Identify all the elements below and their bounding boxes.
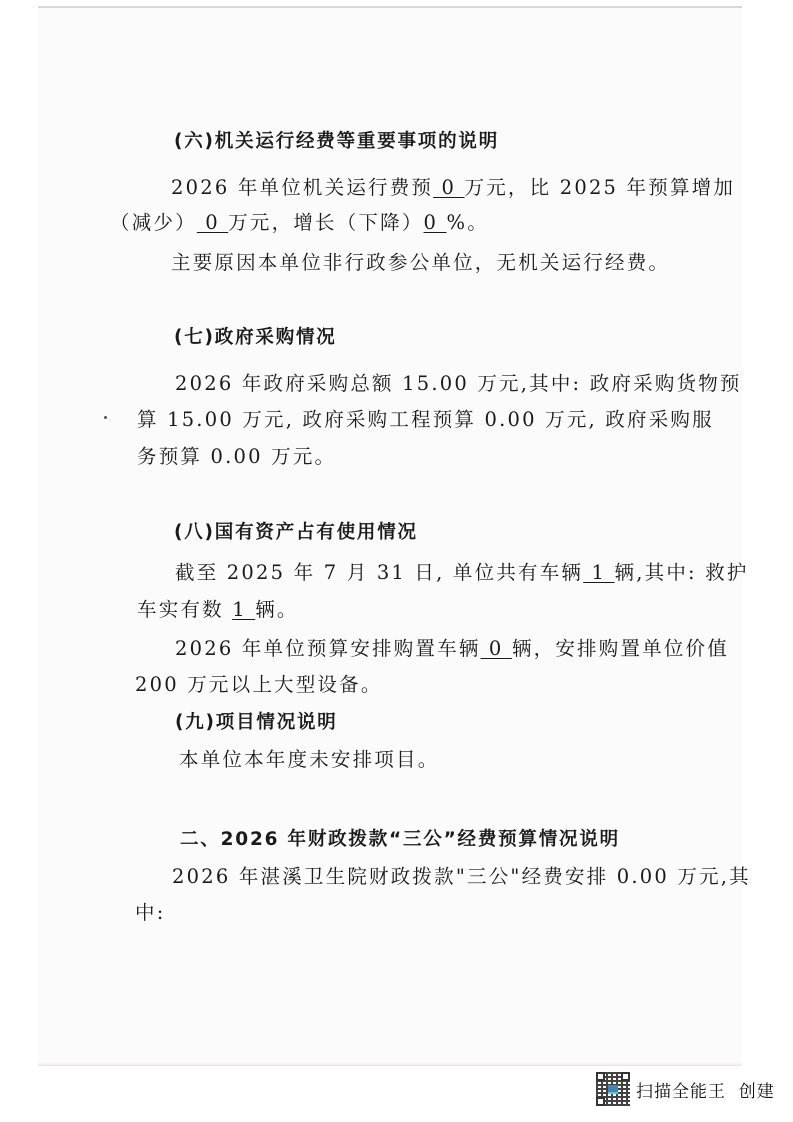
- section-8-paragraph-2: 车实有数 1 辆。: [137, 598, 299, 622]
- section-6-heading: (六)机关运行经费等重要事项的说明: [174, 130, 499, 154]
- change-percent: 0: [424, 211, 447, 234]
- section-6-paragraph-1: 2026 年单位机关运行费预 0 万元，比 2025 年预算增加: [171, 176, 735, 200]
- part-2-paragraph-2: 中:: [135, 901, 165, 925]
- section-8-heading: (八)国有资产占有使用情况: [174, 521, 418, 545]
- planned-vehicle-count: 0: [481, 637, 512, 660]
- text: （减少）: [110, 211, 197, 234]
- scan-speck: [104, 416, 107, 419]
- text: 万元，比 2025 年预算增加: [465, 176, 736, 199]
- running-cost-value: 0: [433, 176, 464, 199]
- text: 辆。: [255, 598, 298, 621]
- section-7-paragraph-3: 务预算 0.00 万元。: [137, 445, 336, 469]
- text: 2026 年单位预算安排购置车辆: [175, 637, 481, 660]
- text: 辆，安排购置单位价值: [512, 637, 729, 660]
- section-9-paragraph-1: 本单位本年度未安排项目。: [179, 748, 439, 772]
- vehicle-count: 1: [583, 561, 614, 584]
- text: 车实有数: [137, 598, 232, 621]
- watermark-text: 扫描全能王 创建: [636, 1077, 775, 1102]
- scanned-page: (六)机关运行经费等重要事项的说明 2026 年单位机关运行费预 0 万元，比 …: [38, 6, 742, 1066]
- section-6-paragraph-3: 主要原因本单位非行政参公单位，无机关运行经费。: [171, 251, 670, 275]
- section-7-heading: (七)政府采购情况: [174, 326, 337, 350]
- part-2-paragraph-1: 2026 年湛溪卫生院财政拨款"三公"经费安排 0.00 万元,其: [172, 865, 751, 889]
- text: 辆,其中: 救护: [615, 561, 749, 584]
- text: 万元，增长（下降）: [228, 211, 423, 234]
- section-8-paragraph-3: 2026 年单位预算安排购置车辆 0 辆，安排购置单位价值: [175, 637, 729, 661]
- section-9-heading: (九)项目情况说明: [175, 711, 338, 735]
- text: 2026 年单位机关运行费预: [171, 176, 433, 199]
- section-8-paragraph-4: 200 万元以上大型设备。: [135, 673, 383, 697]
- text: %。: [447, 211, 489, 234]
- ambulance-count: 1: [232, 598, 255, 621]
- section-7-paragraph-2: 算 15.00 万元, 政府采购工程预算 0.00 万元, 政府采购服: [137, 408, 714, 432]
- section-8-paragraph-1: 截至 2025 年 7 月 31 日, 单位共有车辆 1 辆,其中: 救护: [175, 561, 749, 585]
- scanner-watermark: 扫描全能王 创建: [596, 1069, 775, 1109]
- section-6-paragraph-2: （减少） 0 万元，增长（下降）0 %。: [110, 211, 489, 235]
- part-2-heading: 二、2026 年财政拨款“三公”经费预算情况说明: [180, 828, 620, 852]
- change-value: 0: [197, 211, 228, 234]
- qr-code-icon: [596, 1072, 630, 1106]
- text: 截至 2025 年 7 月 31 日, 单位共有车辆: [175, 561, 583, 584]
- section-7-paragraph-1: 2026 年政府采购总额 15.00 万元,其中: 政府采购货物预: [175, 372, 742, 396]
